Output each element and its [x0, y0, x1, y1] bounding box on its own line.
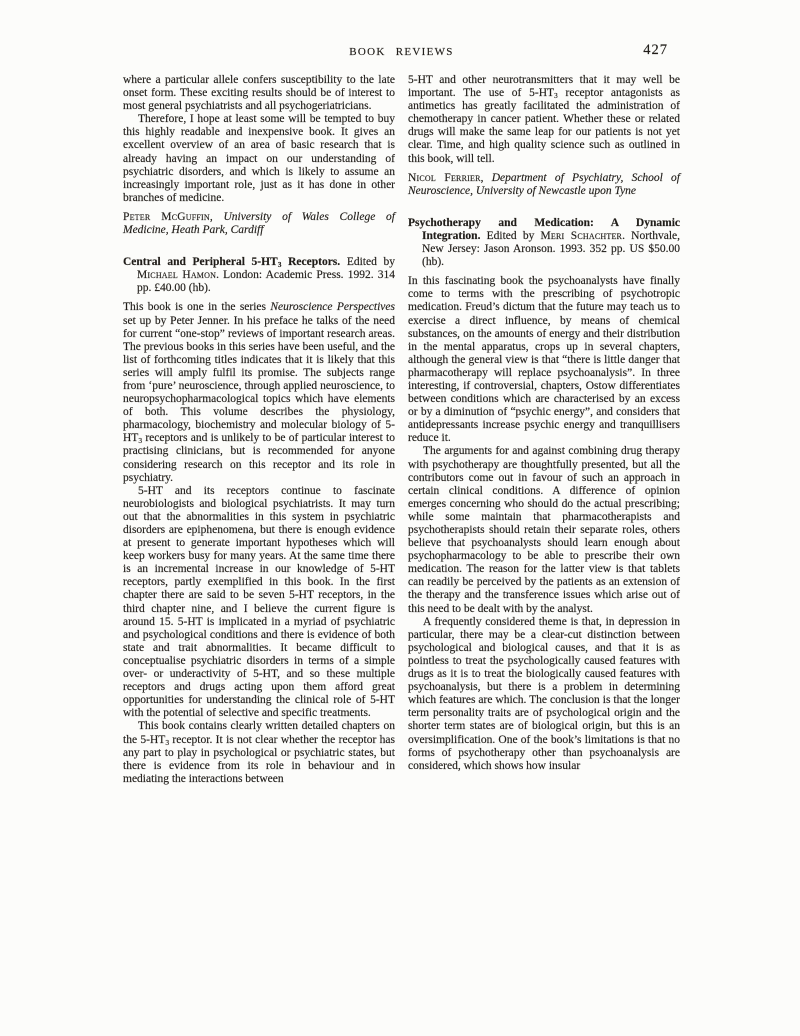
text-segment: Edited by: [340, 256, 395, 268]
paragraph: The arguments for and against combining …: [408, 445, 680, 615]
text-segment: Receptors.: [281, 256, 340, 268]
paragraph: This book is one in the series Neuroscie…: [123, 301, 395, 484]
paragraph: 5-HT and its receptors continue to fasci…: [123, 485, 395, 721]
text-segment: set up by Peter Jenner. In his preface h…: [123, 315, 395, 445]
left-column: where a particular allele confers suscep…: [123, 74, 395, 786]
review-heading: Central and Peripheral 5-HT3 Receptors. …: [123, 256, 395, 295]
text-segment: ,: [210, 211, 224, 223]
text-segment: ,: [481, 172, 492, 184]
paragraph: In this fascinating book the psychoanaly…: [408, 275, 680, 445]
text-segment: Peter McGuffin: [123, 211, 210, 223]
text-segment: Edited by: [480, 230, 540, 242]
paragraph: A frequently considered theme is that, i…: [408, 616, 680, 773]
paragraph: Therefore, I hope at least some will be …: [123, 113, 395, 205]
review-heading: Psychotherapy and Medication: A Dynamic …: [408, 217, 680, 269]
text-segment: Neuroscience Perspectives: [270, 301, 395, 313]
two-column-text-block: where a particular allele confers suscep…: [123, 74, 680, 786]
running-head-row: BOOK REVIEWS 427: [123, 0, 680, 62]
text-segment: Meri Schachter: [541, 230, 623, 242]
paragraph-continuation: 5-HT and other neurotransmitters that it…: [408, 74, 680, 166]
running-head: BOOK REVIEWS: [349, 46, 453, 58]
journal-book-reviews-page: BOOK REVIEWS 427 where a particular alle…: [0, 0, 800, 1036]
text-segment: Nicol Ferrier: [408, 172, 481, 184]
reviewer-byline: Nicol Ferrier, Department of Psychiatry,…: [408, 172, 680, 198]
page-number: 427: [643, 42, 668, 59]
paragraph-continuation: where a particular allele confers suscep…: [123, 74, 395, 113]
reviewer-byline: Peter McGuffin, University of Wales Coll…: [123, 211, 395, 237]
text-segment: receptors and is unlikely to be of parti…: [123, 432, 395, 483]
text-segment: This book is one in the series: [123, 301, 270, 313]
right-column: 5-HT and other neurotransmitters that it…: [408, 74, 680, 786]
paragraph: This book contains clearly written detai…: [123, 720, 395, 785]
text-segment: Central and Peripheral 5-HT: [123, 256, 278, 268]
text-segment: Michael Hamon: [137, 269, 216, 281]
